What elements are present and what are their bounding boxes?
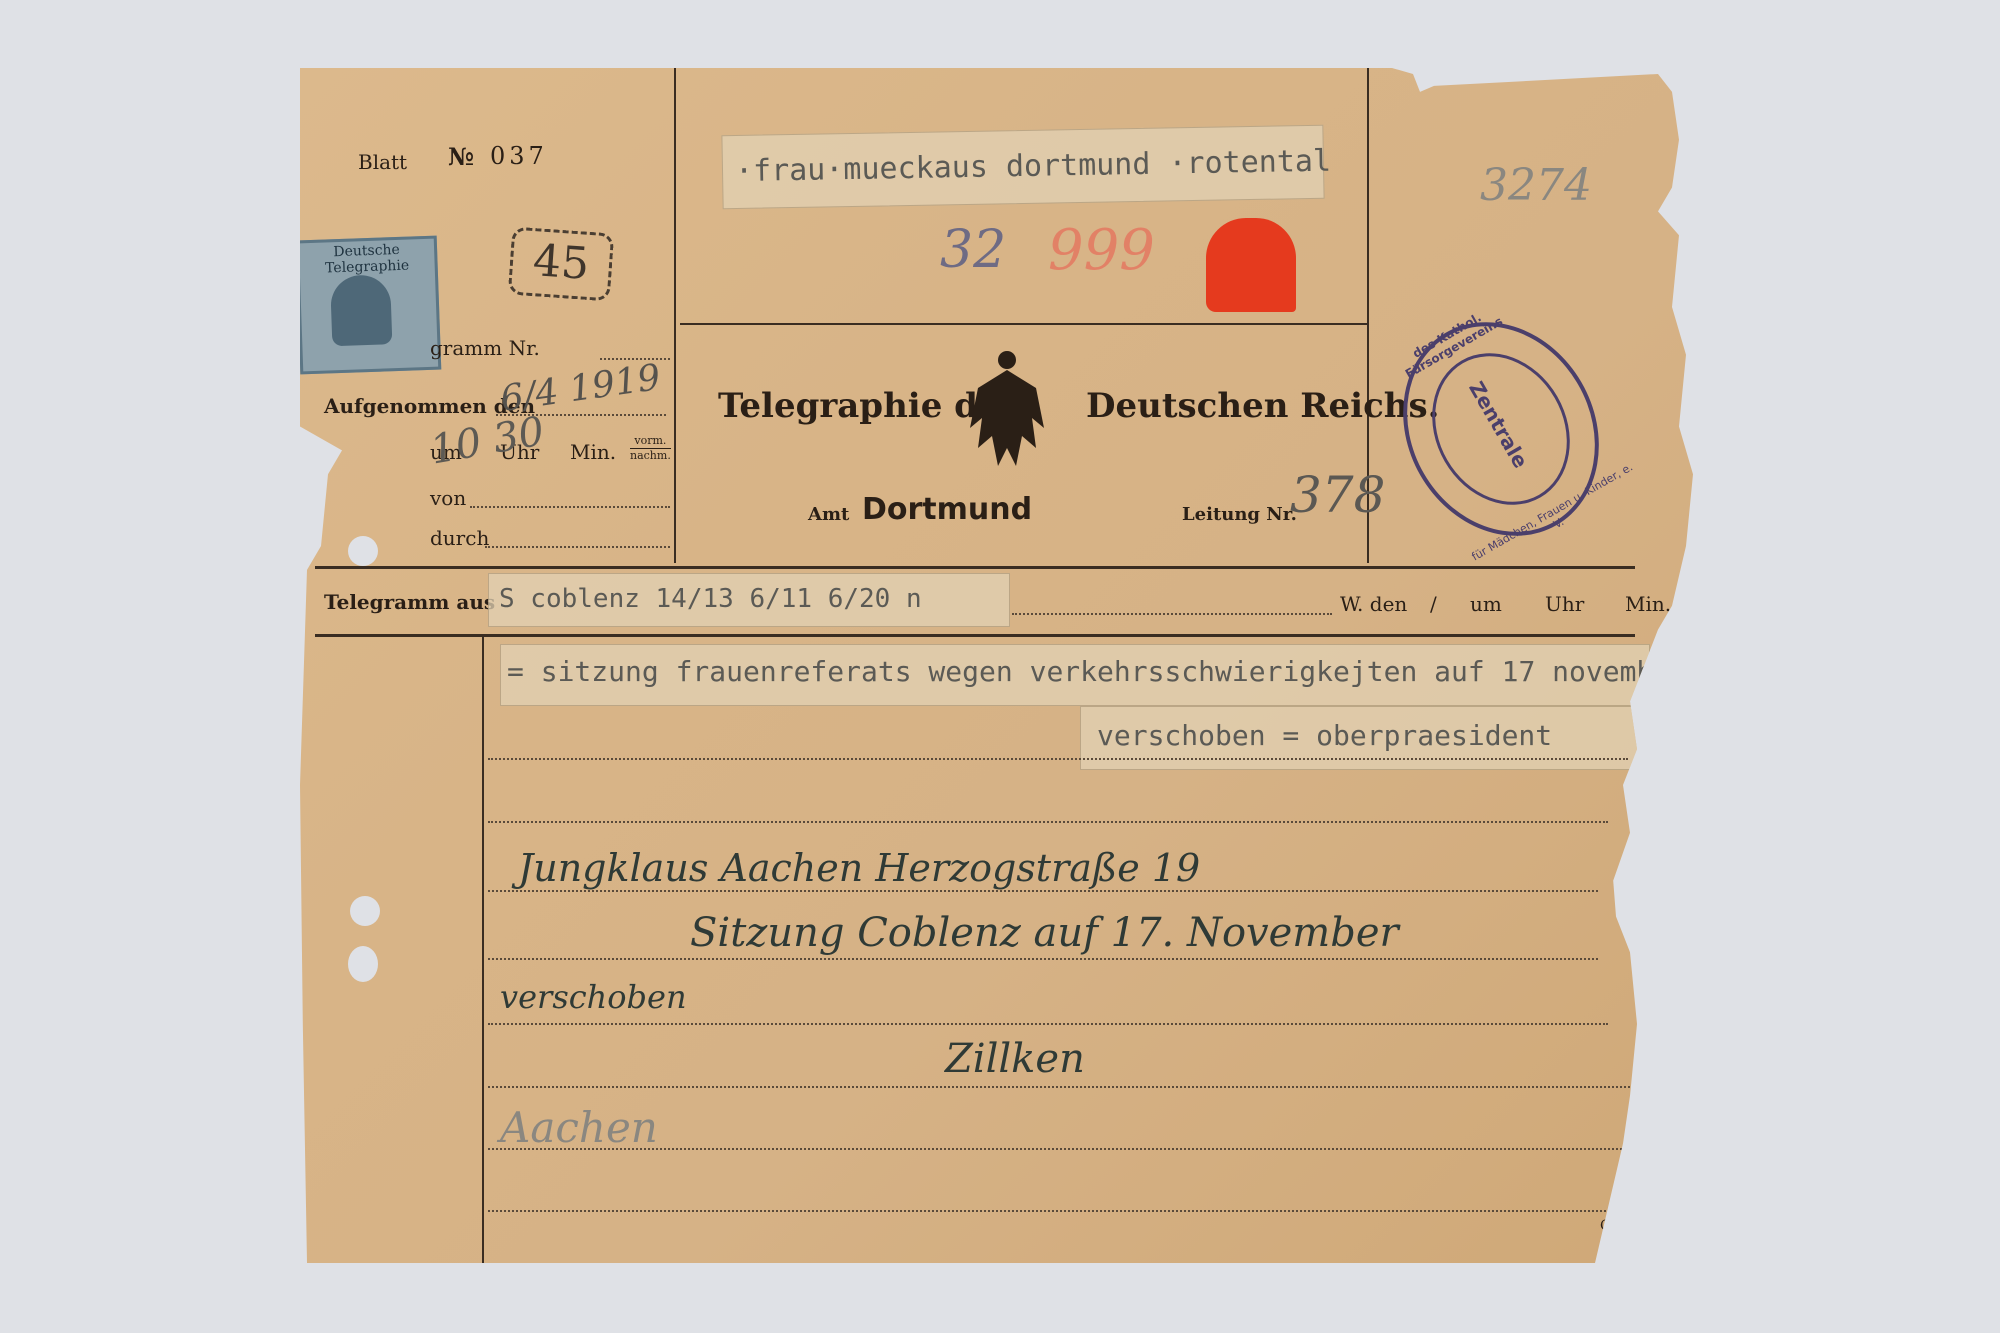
pencil-number: 32 xyxy=(940,220,1006,280)
blatt-number: 037 xyxy=(490,142,548,170)
number-symbol: № xyxy=(448,142,474,171)
von-label: von xyxy=(430,486,466,510)
imperial-eagle-icon xyxy=(968,348,1046,476)
pencil-archive-number: 3274 xyxy=(1480,160,1592,211)
handwriting-line-3: verschoben xyxy=(500,978,687,1016)
telegram-paper: Blatt № 037 45 Deutsche Telegraphie gram… xyxy=(300,68,1700,1263)
telegramm-aus-label: Telegramm aus xyxy=(324,590,495,614)
min-label-2: Min. xyxy=(1625,592,1671,616)
punch-hole-torn xyxy=(348,946,378,982)
blatt-label: Blatt xyxy=(358,150,407,174)
amt-value: Dortmund xyxy=(862,492,1032,527)
vorm-nachm: vorm. nachm. xyxy=(630,434,671,463)
min-label: Min. xyxy=(570,440,616,464)
durch-label: durch xyxy=(430,526,489,550)
handwriting-signature: Zillken xyxy=(945,1036,1085,1082)
um-label-2: um xyxy=(1470,592,1502,616)
form-code: C. 187 xyxy=(1600,1218,1646,1234)
handwriting-line-2: Sitzung Coblenz auf 17. November xyxy=(690,910,1399,956)
address-strip: ·frau·mueckaus dortmund ·rotental xyxy=(721,125,1324,209)
red-pencil-number: 999 xyxy=(1048,218,1155,283)
punch-hole xyxy=(350,896,380,926)
message-strip-2: verschoben = oberpraesident xyxy=(1080,706,1642,770)
uhr-label-2: Uhr xyxy=(1545,592,1584,616)
boxed-number-stamp: 45 xyxy=(508,227,614,302)
pencil-aachen: Aachen xyxy=(500,1103,658,1152)
handwriting-line-1: Jungklaus Aachen Herzogstraße 19 xyxy=(518,846,1200,890)
organization-stamp: des Kathol. Fürsorgevereins Zentrale für… xyxy=(1365,286,1637,571)
eagle-icon xyxy=(330,274,392,346)
gramm-label: gramm Nr. xyxy=(430,336,540,360)
punch-hole xyxy=(348,536,378,566)
amt-label: Amt xyxy=(808,504,849,525)
postage-stamp: Deutsche Telegraphie xyxy=(296,236,442,375)
origin-strip: S coblenz 14/13 6/11 6/20 n xyxy=(488,573,1010,627)
w-den-label: W. den xyxy=(1340,592,1407,616)
message-strip-1: = sitzung frauenreferats wegen verkehrss… xyxy=(500,644,1650,706)
red-seal xyxy=(1206,218,1296,312)
leitung-label: Leitung Nr. xyxy=(1182,504,1297,525)
leitung-value: 378 xyxy=(1290,466,1385,524)
